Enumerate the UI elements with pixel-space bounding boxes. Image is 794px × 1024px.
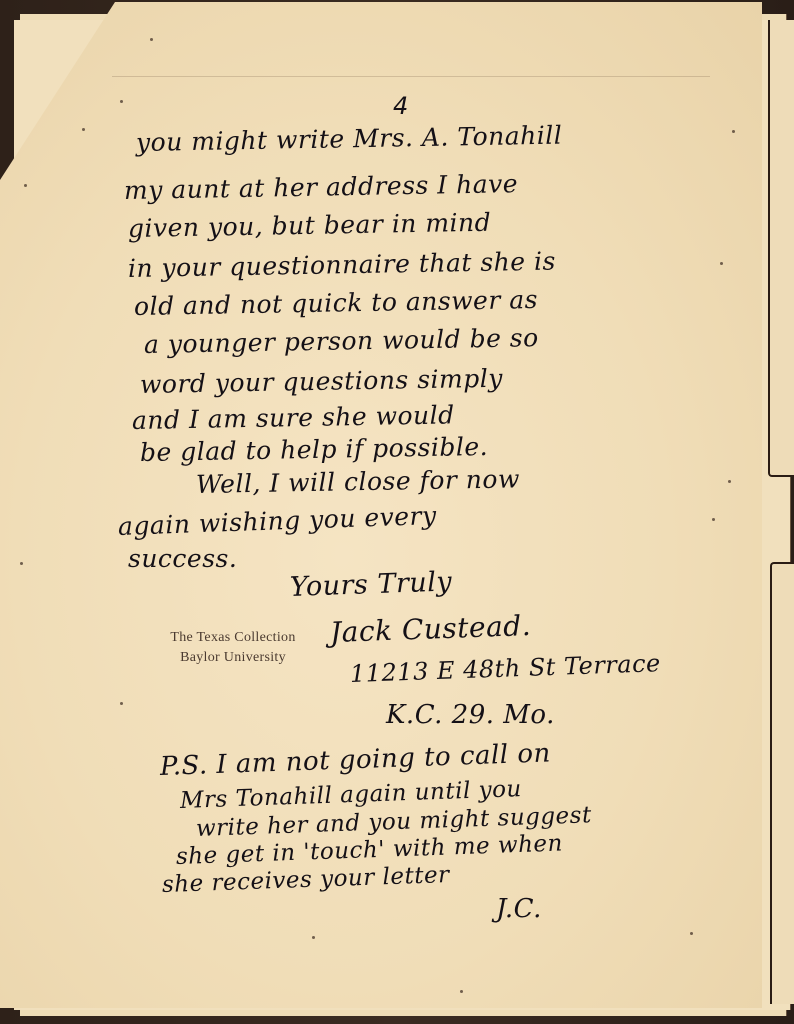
body-line: be glad to help if possible. bbox=[140, 432, 489, 467]
paper-speck bbox=[732, 130, 735, 133]
archive-stamp: The Texas Collection Baylor University bbox=[148, 628, 318, 668]
paper-speck bbox=[728, 480, 731, 483]
paper-speck bbox=[150, 38, 153, 41]
folder-tab-edge-lower bbox=[770, 562, 794, 1004]
paper-speck bbox=[712, 518, 715, 521]
closing: Yours Truly bbox=[289, 566, 452, 603]
signature: Jack Custead. bbox=[329, 609, 531, 649]
paper-speck bbox=[720, 262, 723, 265]
paper-speck bbox=[690, 932, 693, 935]
page-number: 4 bbox=[393, 92, 408, 120]
paper-speck bbox=[120, 100, 123, 103]
paper-speck bbox=[120, 702, 123, 705]
folder-tab-edge-upper bbox=[768, 20, 794, 477]
paper-speck bbox=[24, 184, 27, 187]
paper-speck bbox=[20, 562, 23, 565]
postscript-initials: J.C. bbox=[496, 894, 542, 924]
body-line: success. bbox=[128, 544, 237, 573]
paper-speck bbox=[460, 990, 463, 993]
paper-speck bbox=[82, 128, 85, 131]
address-city: K.C. 29. Mo. bbox=[386, 700, 555, 730]
stamp-line-university: Baylor University bbox=[148, 648, 318, 668]
stamp-line-collection: The Texas Collection bbox=[148, 628, 318, 648]
paper-speck bbox=[312, 936, 315, 939]
body-line: Well, I will close for now bbox=[196, 464, 520, 499]
body-line: and I am sure she would bbox=[132, 400, 455, 435]
